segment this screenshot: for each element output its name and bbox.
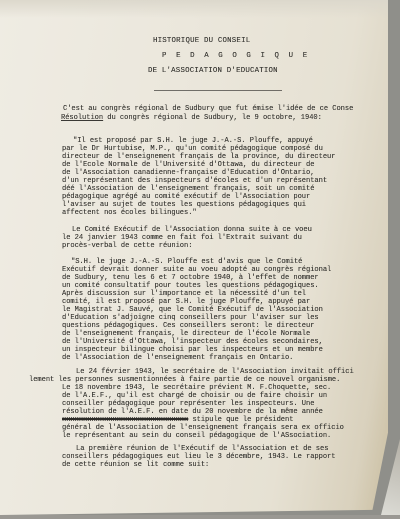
february-line: de l'A.E.F., qu'il est chargé de choisir… bbox=[62, 392, 327, 400]
february-line-7-rest: stipule que le président bbox=[192, 416, 293, 424]
resolution-line: pédagogique agrégé au comité exécutif de… bbox=[62, 193, 310, 201]
resolution-line: l'aviser au sujet de toutes les question… bbox=[62, 201, 306, 209]
struck-out-text: xxxxxxxxxxxxxxxxxxxxxxxxxxxxxx bbox=[62, 416, 188, 424]
minutes-line: comité, il est proposé par S.H. le juge … bbox=[62, 298, 310, 306]
title-line-2: P E D A G O G I Q U E bbox=[162, 52, 310, 60]
resolution-line: par le Dr Hurtubise, M.P., qu'un comité … bbox=[62, 145, 323, 153]
title-line-3: DE L'ASSOCIATION D'EDUCATION bbox=[148, 67, 278, 75]
minutes-line: de l'Association de l'enseignement franç… bbox=[62, 354, 293, 362]
intro-line-1: C'est au congrès régional de Sudbury que… bbox=[63, 105, 353, 113]
first-meeting-line: de cette réunion se lit comme suit: bbox=[62, 461, 209, 469]
minutes-line: "S.H. le juge J.-A.-S. Plouffe est d'avi… bbox=[71, 258, 302, 266]
executive-line: le 24 janvier 1943 comme en fait foi l'E… bbox=[62, 234, 302, 242]
first-meeting-line: La première réunion de l'Exécutif de l'A… bbox=[76, 445, 328, 453]
minutes-line: Exécutif devrait donner suite au voeu ad… bbox=[62, 266, 331, 274]
minutes-line: un inspecteur bilingue choisi par les in… bbox=[62, 346, 323, 354]
february-line: Le 24 février 1943, le secrétaire de l'A… bbox=[76, 368, 354, 376]
resolution-line: de l'Ecole Normale de l'Université d'Ott… bbox=[62, 161, 314, 169]
minutes-line: questions pédagogiques. Ces conseillers … bbox=[62, 322, 314, 330]
resolution-line: de l'Association canadienne-française d'… bbox=[62, 169, 314, 177]
february-line-struck: xxxxxxxxxxxxxxxxxxxxxxxxxxxxxx stipule q… bbox=[62, 416, 293, 424]
first-meeting-line: conseillers pédagogiques eut lieu le 3 d… bbox=[62, 453, 335, 461]
resolution-underlined: Résolution bbox=[61, 114, 103, 122]
resolution-line: déé l'Association de l'enseignement fran… bbox=[62, 185, 314, 193]
minutes-line: le Magistrat J. Sauvé, que le Comité Exé… bbox=[62, 306, 323, 314]
resolution-line: directeur de l'enseignement français de … bbox=[62, 153, 335, 161]
minutes-line: un comité consultatif pour toutes les qu… bbox=[62, 282, 319, 290]
february-line: général de l'Association de l'enseigneme… bbox=[62, 424, 344, 432]
intro-line-2: Résolution du congrès régional de Sudbur… bbox=[61, 114, 322, 122]
title-underline-rule bbox=[154, 90, 282, 91]
february-line: lement les personnes susmentionnées à fa… bbox=[29, 376, 340, 384]
minutes-line: de l'Université d'Ottawa, l'inspecteur d… bbox=[62, 338, 323, 346]
minutes-line: Après discussion sur l'importance et la … bbox=[62, 290, 306, 298]
february-line: résolution de l'A.E.F. en date du 20 nov… bbox=[62, 408, 323, 416]
scan-background-strip bbox=[0, 515, 400, 519]
intro-line-2-rest: du congrès régional de Sudbury, le 9 oct… bbox=[103, 114, 322, 122]
february-line: conseiller pédagogique pour représenter … bbox=[62, 400, 314, 408]
resolution-line: affectent nos écoles bilingues." bbox=[62, 209, 197, 217]
minutes-line: de l'enseignement français, le directeur… bbox=[62, 330, 310, 338]
resolution-line: "Il est proposé par S.H. le juge J.-A.-S… bbox=[73, 137, 313, 145]
title-line-1: HISTORIQUE DU CONSEIL bbox=[153, 37, 250, 45]
executive-line: Le Comité Exécutif de l'Association donn… bbox=[72, 226, 312, 234]
executive-line: procès-verbal de cette réunion: bbox=[62, 242, 192, 250]
february-line: le représentant au sein du conseil pédag… bbox=[62, 432, 331, 440]
typewritten-page: HISTORIQUE DU CONSEIL P E D A G O G I Q … bbox=[0, 0, 388, 515]
february-line: Le 18 novembre 1943, le secrétaire prévi… bbox=[62, 384, 331, 392]
minutes-line: de Sudbury, tenu les 6 et 7 octobre 1940… bbox=[62, 274, 319, 282]
resolution-line: d'un représentant des inspecteurs d'écol… bbox=[62, 177, 327, 185]
minutes-line: d'Education s'adjoigne cinq conseillers … bbox=[62, 314, 319, 322]
